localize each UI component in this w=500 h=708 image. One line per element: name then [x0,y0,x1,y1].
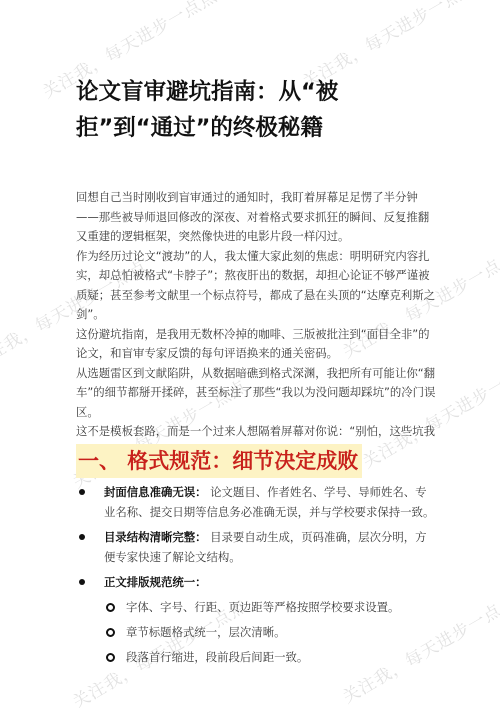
list-item-label: 正文排版规范统一： [104,575,207,589]
sub-list-item-text: 字体、字号、行距、页边距等严格按照学校要求设置。 [126,600,399,614]
list-item-label: 目录结构清晰完整： [104,530,207,544]
sub-list-item-text: 段落首行缩进，段前段后间距一致。 [126,650,308,664]
paragraph: 回想自己当时刚收到盲审通过的通知时，我盯着屏幕足足愣了半分钟——那些被导师退回修… [76,188,436,247]
list-item: 封面信息准确无误： 论文题目、作者姓名、学号、导师姓名、专业名称、提交日期等信息… [76,482,436,522]
bullet-icon [79,534,85,540]
list-item: 目录结构清晰完整： 目录要自动生成，页码准确，层次分明，方便专家快速了解论文结构… [76,527,436,567]
bullet-icon [79,579,85,585]
bullet-icon [79,489,85,495]
hollow-bullet-icon [106,628,115,637]
document-title: 论文盲审避坑指南：从“被拒”到“通过”的终极秘籍 [76,74,426,146]
sub-list-item: 字体、字号、行距、页边距等严格按照学校要求设置。 [76,597,436,617]
paragraph: 这份避坑指南，是我用无数杯冷掉的咖啡、三版被批注到“面目全非”的论文，和盲审专家… [76,325,436,364]
sub-list-item: 章节标题格式统一，层次清晰。 [76,622,436,642]
hollow-bullet-icon [106,603,115,612]
section-heading: 一、 格式规范：细节决定成败 [76,444,362,478]
list-item: 正文排版规范统一： [76,572,436,592]
intro-section: 回想自己当时刚收到盲审通过的通知时，我盯着屏幕足足愣了半分钟——那些被导师退回修… [76,188,436,461]
sub-list-item: 段落首行缩进，段前段后间距一致。 [76,647,436,667]
sub-list-item-text: 章节标题格式统一，层次清晰。 [126,625,285,639]
paragraph: 从选题雷区到文献陷阱，从数据暗礁到格式深渊，我把所有可能让你“翻车”的细节都掰开… [76,364,436,423]
paragraph: 作为经历过论文“渡劫”的人，我太懂大家此刻的焦虑：明明研究内容扎实，却总怕被格式… [76,247,436,325]
format-list: 封面信息准确无误： 论文题目、作者姓名、学号、导师姓名、专业名称、提交日期等信息… [76,482,436,672]
list-item-label: 封面信息准确无误： [104,485,207,499]
hollow-bullet-icon [106,653,115,662]
